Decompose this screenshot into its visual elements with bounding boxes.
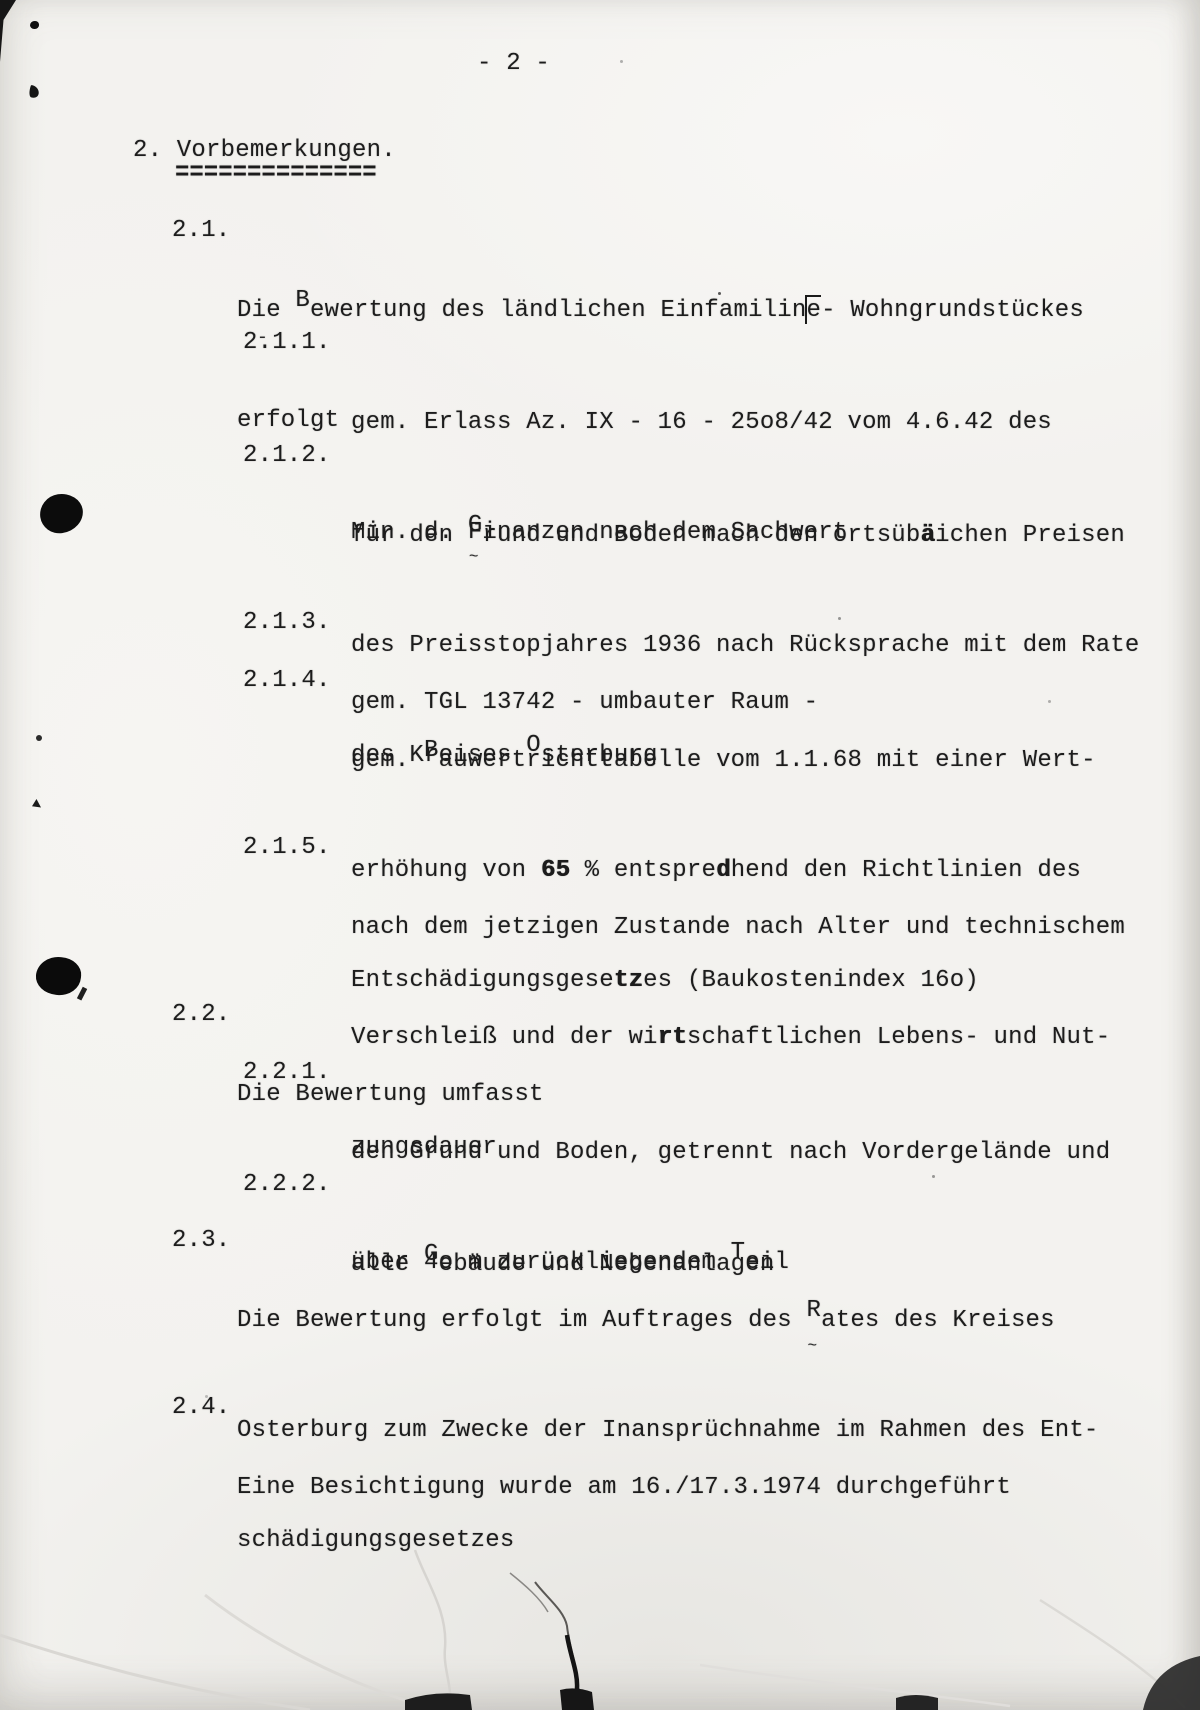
text-line: Eine Besichtigung wurde am 16./17.3.1974… — [172, 1475, 1011, 1531]
item-number: 2.2.2. — [243, 1171, 331, 1198]
item-number: 2.1.1. — [243, 329, 331, 356]
crease-line — [700, 1665, 1010, 1706]
corner-dark-mark — [1143, 1656, 1200, 1710]
torn-corner-mark — [0, 0, 16, 62]
ink-speck — [30, 21, 39, 29]
ink-speck — [36, 735, 42, 741]
edge-dark-mark — [560, 1688, 594, 1710]
correction-mark: ~ — [808, 1333, 818, 1359]
item-number: 2.1.5. — [243, 834, 331, 861]
item-number: 2.1.3. — [243, 609, 331, 636]
ink-blob — [37, 491, 85, 536]
text-line: nach dem jetzigen Zustande nach Alter un… — [243, 915, 1125, 971]
item-number: 2.3. — [172, 1227, 230, 1254]
text-line: gem. Bauwertrichttabelle vom 1.1.68 mit … — [243, 748, 1096, 804]
item-number: 2.2.1. — [243, 1059, 331, 1086]
item-number: 2.1.4. — [243, 667, 331, 694]
crease-line — [415, 1550, 450, 1705]
ink-blob — [34, 955, 82, 997]
item-number: 2.1. — [172, 217, 230, 244]
edge-dark-mark — [405, 1693, 472, 1710]
document-page: - 2 - 2. Vorbemerkungen. ============== … — [0, 0, 1200, 1710]
ink-speck — [27, 85, 40, 100]
text-line: Die Bewertung erfolgt im Auftrages des R… — [172, 1308, 1099, 1364]
item-number: 2.1.2. — [243, 442, 331, 469]
crease-line — [205, 1595, 430, 1708]
item-number: 2.4. — [172, 1394, 230, 1421]
page-number: - 2 - — [477, 50, 550, 77]
crease-line — [0, 1635, 310, 1710]
text-line: für den G~rund und Boden nach den ortsüb… — [243, 523, 1140, 579]
ink-speck — [32, 799, 41, 808]
correction-mark: ~ — [469, 544, 479, 570]
paper-damage-graphic — [0, 1540, 1200, 1710]
edge-dark-mark — [896, 1695, 938, 1710]
tear-hairline — [510, 1573, 548, 1612]
item-number: 2.2. — [172, 1001, 230, 1028]
heading-underline: ============== — [175, 158, 377, 188]
